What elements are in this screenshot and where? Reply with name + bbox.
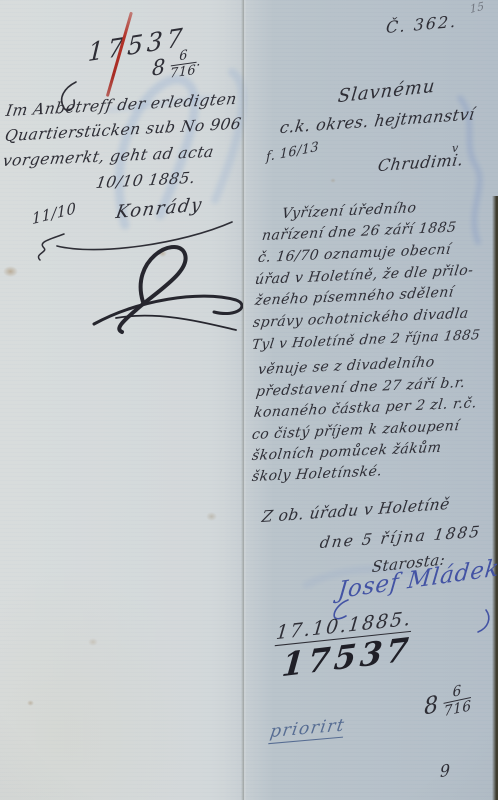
registry-fraction: 8 6 716 .: [151, 47, 201, 83]
fraction-whole: 8: [424, 691, 440, 721]
foxing-stain: [206, 512, 217, 521]
document-scan: 15 Č. 362. 17537 8 6 716 . Im Anbetreff …: [0, 0, 498, 800]
body-line: nařízení dne 26 září 1885: [261, 219, 458, 244]
corner-mark: 15: [470, 0, 485, 16]
body-line: Tyl v Holetíně dne 2 října 1885: [251, 327, 481, 353]
body-line: správy ochotnického divadla: [252, 306, 470, 332]
address-line-office: c.k. okres. hejtmanství: [279, 104, 476, 137]
foxing-stain: [88, 638, 98, 646]
priority-note: priorirt: [268, 715, 346, 744]
page-number: 9: [440, 760, 451, 781]
signature-flourish: [88, 230, 243, 338]
closing-place: Z ob. úřadu v Holetíně: [261, 495, 451, 526]
address-line-salutation: Slavnému: [337, 76, 437, 108]
fraction-stack: 6 716: [443, 682, 472, 719]
foxing-stain: [330, 178, 336, 183]
body-line: školy Holetínské.: [251, 463, 383, 485]
scan-edge-shadow: [492, 196, 498, 800]
foxing-stain: [3, 266, 18, 277]
body-line: konaného částka per 2 zl. r.č.: [253, 395, 478, 421]
fraction-stack: 6 716: [170, 48, 197, 81]
body-line: školních pomůcek žákům: [251, 440, 443, 464]
closing-date: dne 5 října 1885: [319, 523, 483, 552]
file-number: Č. 362.: [385, 12, 457, 37]
foxing-stain: [27, 700, 34, 706]
body-line: ženého písemného sdělení: [254, 284, 455, 309]
body-line: Vyřízení úředního: [281, 200, 418, 222]
fraction-whole: 8: [152, 54, 167, 80]
body-line: věnuje se z divadelního: [257, 354, 436, 378]
body-line: č. 16/70 oznamuje obecní: [257, 242, 452, 267]
footer-fraction: 8 6 716: [423, 682, 471, 724]
